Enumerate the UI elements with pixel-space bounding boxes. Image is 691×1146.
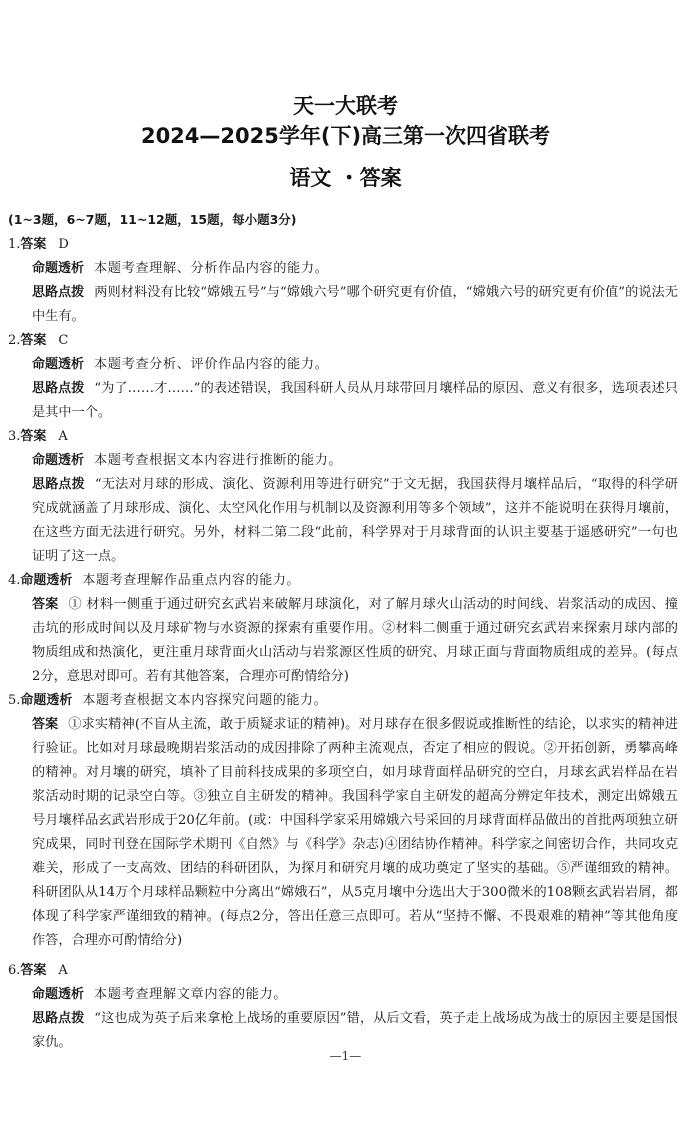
hint-text: “这也成为英子后来拿枪上战场的重要原因”错，从后文看，英子走上战场成为战士的原因… [32,1011,678,1050]
org-title: 天一大联考 [0,90,691,120]
question-3-answer-line: 3.答案A [8,425,678,449]
analysis-row: 命题透析本题考查理解文章内容的能力。 [8,983,678,1007]
scoring-note: (1~3题，6~7题，11~12题，15题，每小题3分) [8,208,678,232]
analysis-text: 本题考查理解文章内容的能力。 [94,987,287,1002]
hint-label: 思路点拨 [32,1011,84,1026]
analysis-text: 本题考查理解、分析作品内容的能力。 [94,261,328,276]
analysis-label: 命题透析 [20,573,72,588]
question-number: 1. [8,237,20,252]
answer-label: 答案 [20,237,46,252]
analysis-label: 命题透析 [20,693,72,708]
question-number: 2. [8,333,20,348]
question-number: 5. [8,693,20,708]
hint-row: 思路点拨“无法对月球的形成、演化、资源利用等进行研究”于文无据，我国获得月壤样品… [8,473,678,569]
answer-choice: D [58,237,68,252]
question-1-answer-line: 1.答案D [8,233,678,257]
analysis-label: 命题透析 [32,453,84,468]
question-number: 6. [8,963,20,978]
question-number: 4. [8,573,20,588]
analysis-row: 命题透析本题考查分析、评价作品内容的能力。 [8,353,678,377]
hint-row: 思路点拨两则材料没有比较“嫦娥五号”与“嫦娥六号”哪个研究更有价值，“嫦娥六号的… [8,281,678,329]
exam-title: 2024—2025学年(下)高三第一次四省联考 [0,120,691,150]
question-2: 2.答案C 命题透析本题考查分析、评价作品内容的能力。 思路点拨“为了……才……… [8,329,678,425]
question-5: 5.命题透析本题考查根据文本内容探究问题的能力。 答案①求实精神(不盲从主流，敢… [8,689,678,953]
analysis-label: 命题透析 [32,357,84,372]
document-page: 天一大联考 2024—2025学年(下)高三第一次四省联考 语文 ・答案 (1~… [0,0,691,1146]
hint-label: 思路点拨 [32,381,84,396]
question-4: 4.命题透析本题考查理解作品重点内容的能力。 答案① 材料一侧重于通过研究玄武岩… [8,569,678,689]
question-1: 1.答案D 命题透析本题考查理解、分析作品内容的能力。 思路点拨两则材料没有比较… [8,233,678,329]
question-5-analysis-line: 5.命题透析本题考查根据文本内容探究问题的能力。 [8,689,678,713]
hint-text: “为了……才……”的表述错误，我国科研人员从月球带回月壤样品的原因、意义有很多，… [32,381,678,420]
hint-text: “无法对月球的形成、演化、资源利用等进行研究”于文无据，我国获得月壤样品后，“取… [32,477,678,564]
answer-label: 答案 [20,429,46,444]
hint-label: 思路点拨 [32,477,85,492]
hint-text: 两则材料没有比较“嫦娥五号”与“嫦娥六号”哪个研究更有价值，“嫦娥六号的研究更有… [32,285,678,324]
answer-choice: A [58,429,67,444]
analysis-row: 命题透析本题考查根据文本内容进行推断的能力。 [8,449,678,473]
question-3: 3.答案A 命题透析本题考查根据文本内容进行推断的能力。 思路点拨“无法对月球的… [8,425,678,569]
analysis-text: 本题考查根据文本内容探究问题的能力。 [82,693,327,708]
subject-title: 语文 ・答案 [0,162,691,192]
page-number: —1— [0,1049,691,1063]
answer-label: 答案 [20,963,46,978]
question-4-analysis-line: 4.命题透析本题考查理解作品重点内容的能力。 [8,569,678,593]
answer-label: 答案 [32,597,59,612]
answer-choice: A [58,963,67,978]
question-6-answer-line: 6.答案A [8,959,678,983]
analysis-label: 命题透析 [32,987,84,1002]
answer-text: ①求实精神(不盲从主流，敢于质疑求证的精神)。对月球存在很多假说或推断性的结论，… [32,717,678,948]
answer-choice: C [58,333,68,348]
analysis-row: 命题透析本题考查理解、分析作品内容的能力。 [8,257,678,281]
hint-row: 思路点拨“这也成为英子后来拿枪上战场的重要原因”错，从后文看，英子走上战场成为战… [8,1007,678,1055]
answer-label: 答案 [32,717,58,732]
analysis-text: 本题考查理解作品重点内容的能力。 [82,573,300,588]
answer-row: 答案① 材料一侧重于通过研究玄武岩来破解月球演化，对了解月球火山活动的时间线、岩… [8,593,678,689]
answer-text: ① 材料一侧重于通过研究玄武岩来破解月球演化，对了解月球火山活动的时间线、岩浆活… [32,597,678,684]
hint-row: 思路点拨“为了……才……”的表述错误，我国科研人员从月球带回月壤样品的原因、意义… [8,377,678,425]
answer-row: 答案①求实精神(不盲从主流，敢于质疑求证的精神)。对月球存在很多假说或推断性的结… [8,713,678,953]
answer-body: (1~3题，6~7题，11~12题，15题，每小题3分) 1.答案D 命题透析本… [8,208,678,1055]
analysis-text: 本题考查根据文本内容进行推断的能力。 [94,453,342,468]
analysis-label: 命题透析 [32,261,84,276]
question-number: 3. [8,429,20,444]
answer-label: 答案 [20,333,46,348]
analysis-text: 本题考查分析、评价作品内容的能力。 [94,357,328,372]
question-6: 6.答案A 命题透析本题考查理解文章内容的能力。 思路点拨“这也成为英子后来拿枪… [8,959,678,1055]
question-2-answer-line: 2.答案C [8,329,678,353]
hint-label: 思路点拨 [32,285,84,300]
